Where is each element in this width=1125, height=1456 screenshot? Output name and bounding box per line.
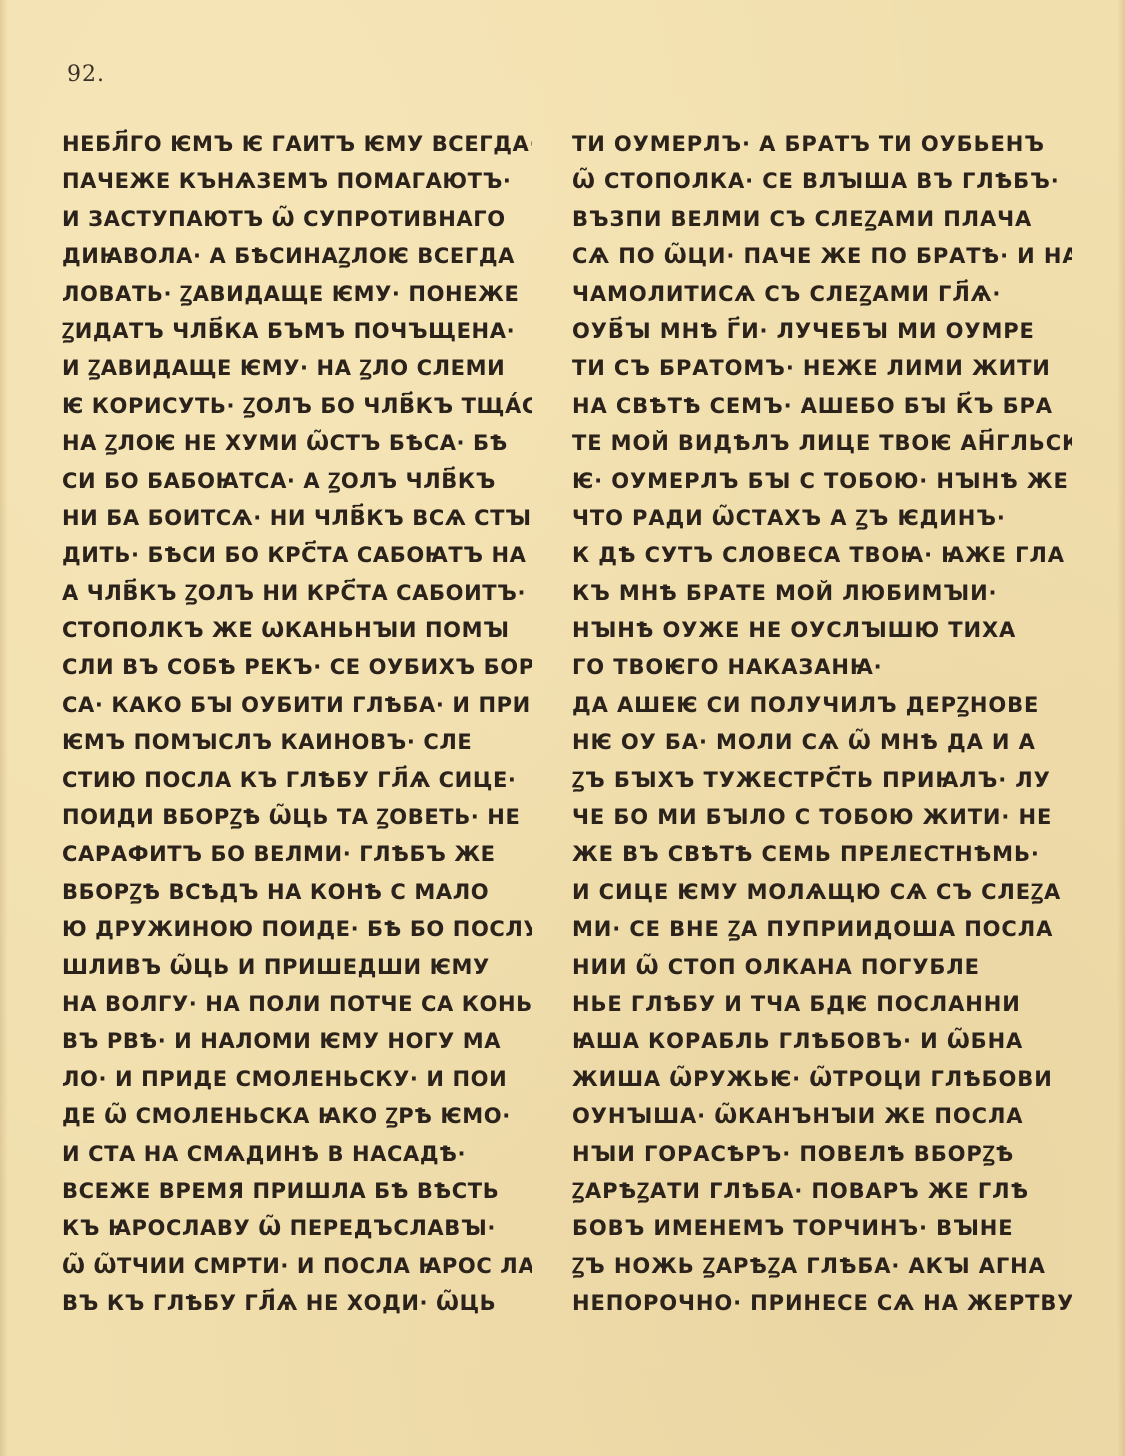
text-line: си бо бабоꙗтса· а ꙁолъ члв҃къ <box>62 463 532 500</box>
text-line: ло· и приде смоленьску· и пои <box>62 1061 532 1098</box>
text-line: бовъ именемъ торчинъ· вꙑне <box>572 1210 1072 1247</box>
text-line: ѥ корисуть· ꙁолъ бо члв҃къ тща́с <box>62 388 532 425</box>
text-line: стию посла къ глѣбу гл҃ѧ сице· <box>62 762 532 799</box>
text-line: те мой видѣлъ лице твоѥ ан҃гльско <box>572 425 1072 462</box>
text-line: ꙁарѣꙁати глѣба· поваръ же глѣ <box>572 1173 1072 1210</box>
manuscript-column-right: ти оумерлъ· а братъ ти оубьенъ ѡ̃ стопол… <box>572 126 1072 1323</box>
text-line: ꙁъ ножь ꙁарѣꙁа глѣба· акꙑ агна <box>572 1248 1072 1285</box>
text-line: на ꙁлоѥ не хуми ѡ̃стъ бѣса· бѣ <box>62 425 532 462</box>
text-line: сли въ собѣ рекъ· се оубихъ бори <box>62 649 532 686</box>
page-number: 92. <box>67 62 105 87</box>
page-edge-right <box>1117 0 1125 1456</box>
text-line: възпи велми съ слеꙁами плача <box>572 201 1072 238</box>
text-line: къ ꙗрославу ѡ̃ передъславꙑ· <box>62 1210 532 1247</box>
text-line: к дѣ сутъ словеса твоꙗ· ꙗже гла <box>572 537 1072 574</box>
text-line: нꙑнѣ оуже не оуслꙑшю тиха <box>572 612 1072 649</box>
text-line: дить· бѣси бо крс҃та сабоꙗтъ на <box>62 537 532 574</box>
text-line: ти оумерлъ· а братъ ти оубьенъ <box>572 126 1072 163</box>
text-line: и ста на смѧдинѣ в насадѣ· <box>62 1136 532 1173</box>
text-line: поиди вборꙁѣ ѡ̃ць та ꙁоветь· не <box>62 799 532 836</box>
text-line: ю дружиною поиде· бѣ бо послу <box>62 911 532 948</box>
text-line: на волгу· на поли потче са конь <box>62 986 532 1023</box>
text-line: въ къ глѣбу гл҃ѧ не ходи· ѡ̃ць <box>62 1285 532 1322</box>
text-line: въ рвѣ· и наломи ѥму ногу ма <box>62 1023 532 1060</box>
text-line: нѥ оу ба· моли сѧ ѡ̃ мнѣ да и а <box>572 724 1072 761</box>
page-edge-left <box>0 0 8 1456</box>
text-line: ти съ братомъ· неже лими жити <box>572 350 1072 387</box>
text-line: къ мнѣ брате мой любимꙑи· <box>572 575 1072 612</box>
text-line: и ꙁавидаще ѥму· на ꙁло слеми <box>62 350 532 387</box>
text-line: оунꙑша· ѡ̃канънꙑи же посла <box>572 1098 1072 1135</box>
text-line: нии ѡ̃ стоп олкана погубле <box>572 949 1072 986</box>
text-line: непорочно· принесе сѧ на жертву <box>572 1285 1072 1322</box>
text-line: ни ба боитсѧ· ни члв҃къ всѧ стꙑ <box>62 500 532 537</box>
text-line: вборꙁѣ всѣдъ на конѣ с мало <box>62 874 532 911</box>
text-line: ѡ̃ стополка· се влꙑша въ глѣбъ· <box>572 163 1072 200</box>
manuscript-column-left: небл҃го ѥмъ ѥ гаитъ ѥму всегда· пачеже к… <box>62 126 532 1323</box>
text-line: жиша ѡ̃ружьѥ· ѡ̃троци глѣбови <box>572 1061 1072 1098</box>
text-line: чамолитисѧ съ слеꙁами гл҃ѧ· <box>572 276 1072 313</box>
text-line: ꙁидатъ члв҃ка бъмъ почъщена· <box>62 313 532 350</box>
text-line: ѥ· оумерлъ бꙑ с тобою· нꙑнѣ же <box>572 463 1072 500</box>
text-line: нꙑи горасѣръ· повелѣ вборꙁѣ <box>572 1136 1072 1173</box>
text-line: сарафитъ бо велми· глѣбъ же <box>62 836 532 873</box>
text-line: пачеже кънѧземъ помагаютъ· <box>62 163 532 200</box>
text-line: го твоѥго наказанꙗ· <box>572 649 1072 686</box>
text-line: ꙗша корабль глѣбовъ· и ѡ̃бна <box>572 1023 1072 1060</box>
text-line: де ѡ̃ смоленьска ꙗко ꙁрѣ ѥмо· <box>62 1098 532 1135</box>
text-line: диꙗвола· а бѣсинаꙁлоѥ всегда <box>62 238 532 275</box>
text-line: же въ свѣтѣ семь прелестнѣмь· <box>572 836 1072 873</box>
text-line: сѧ по ѡ̃ци· паче же по братѣ· и на <box>572 238 1072 275</box>
text-line: ловать· ꙁавидаще ѥму· понеже <box>62 276 532 313</box>
text-line: ѥмъ помꙑслъ каиновъ· сле <box>62 724 532 761</box>
text-line: а члв҃къ ꙁолъ ни крс҃та сабоитъ· <box>62 575 532 612</box>
text-line: небл҃го ѥмъ ѥ гаитъ ѥму всегда· <box>62 126 532 163</box>
text-line: стополкъ же ѡканьнꙑи помꙑ <box>62 612 532 649</box>
text-line: на свѣтѣ семъ· ашебо бꙑ к҃ъ бра <box>572 388 1072 425</box>
text-line: шливъ ѡ̃ць и пришедши ѥму <box>62 949 532 986</box>
text-line: са· како бꙑ оубити глѣба· и при <box>62 687 532 724</box>
text-line: и сице ѥму молѧщю сѧ съ слеꙁа <box>572 874 1072 911</box>
text-line: и заступаютъ ѡ̃ супротивнаго <box>62 201 532 238</box>
text-line: всеже время пришла бѣ вѣсть <box>62 1173 532 1210</box>
text-line: оув҃ꙑ мнѣ г҃и· лучебꙑ ми оумре <box>572 313 1072 350</box>
text-line: ꙁъ бꙑхъ тужестрс҃ть приꙗлъ· лу <box>572 762 1072 799</box>
text-line: нье глѣбу и тча бдѥ посланни <box>572 986 1072 1023</box>
text-line: да ашеѥ си получилъ дерꙁнове <box>572 687 1072 724</box>
text-line: что ради ѡ̃стахъ а ꙁъ ѥдинъ· <box>572 500 1072 537</box>
text-line: ми· се вне ꙁа пуприидоша посла <box>572 911 1072 948</box>
text-line: ѡ̃ ѡ̃тчии смрти· и посла ꙗрос ла <box>62 1248 532 1285</box>
text-line: че бо ми бꙑло с тобою жити· не <box>572 799 1072 836</box>
